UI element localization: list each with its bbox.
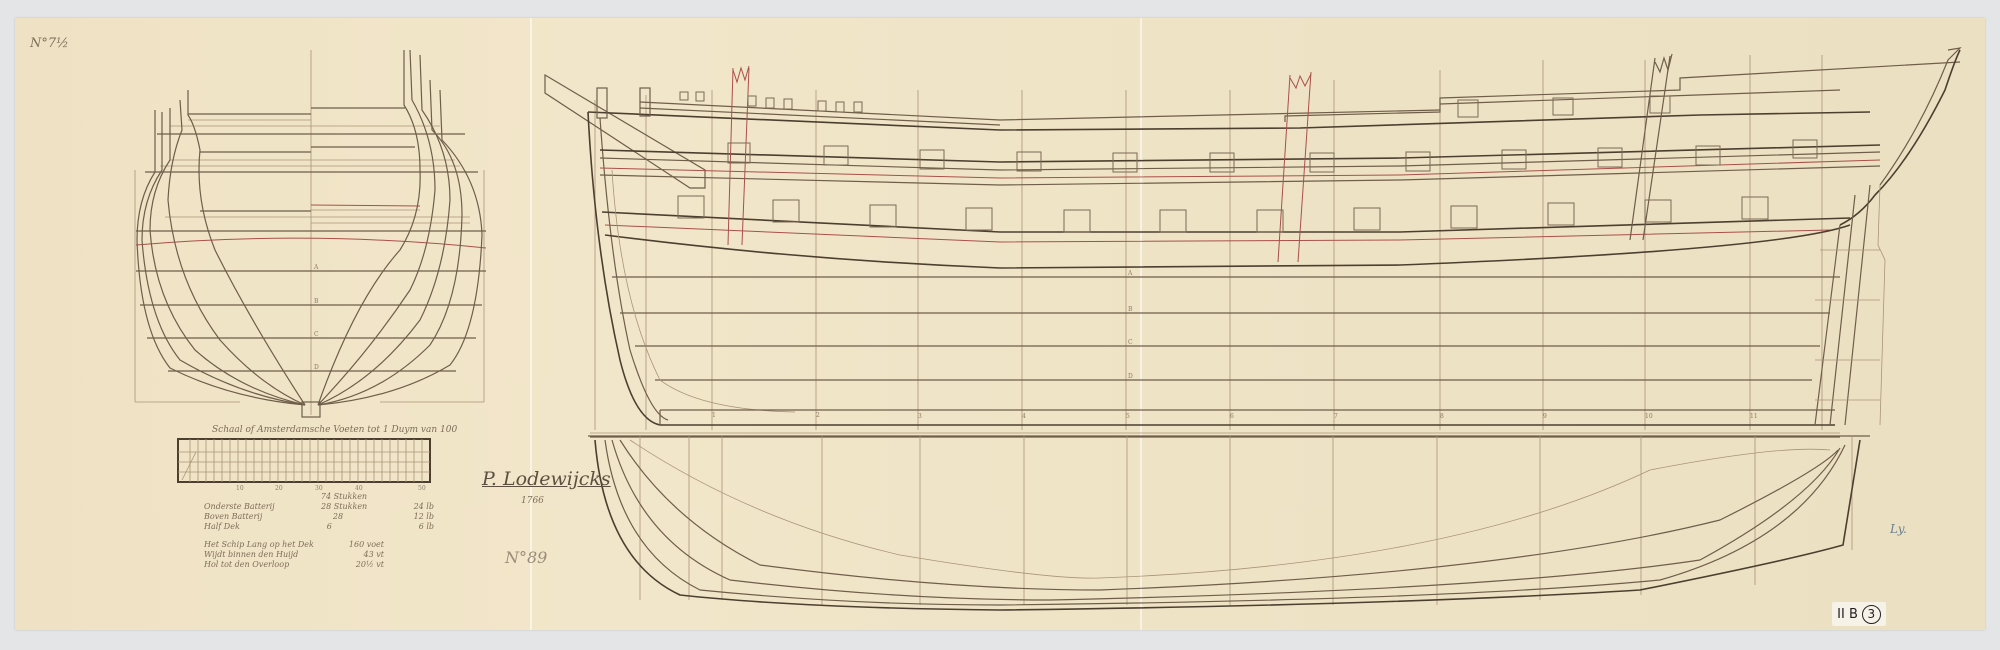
svg-text:D: D: [314, 364, 319, 371]
signature-year: 1766: [521, 496, 544, 506]
body-plan: [135, 50, 486, 417]
spec-row: Wijdt binnen den Huijd 43 vt: [204, 550, 434, 560]
svg-text:3: 3: [918, 413, 922, 420]
svg-text:11: 11: [1750, 413, 1758, 420]
svg-text:10: 10: [1645, 413, 1653, 420]
spec-row: Hol tot den Overloop 20½ vt: [204, 560, 434, 570]
svg-text:8: 8: [1440, 413, 1444, 420]
specifications-table: 74 Stukken Onderste Batterij 28 Stukken …: [204, 492, 434, 570]
svg-text:4: 4: [1022, 413, 1026, 420]
drawing-number: N°89: [505, 548, 547, 567]
svg-text:30: 30: [315, 485, 323, 492]
station-labels: 1 2 3 4 5 6 7 8 9 10 11: [712, 412, 1758, 420]
svg-text:A: A: [313, 264, 319, 271]
svg-text:C: C: [314, 331, 319, 338]
spec-row: Onderste Batterij 28 Stukken 24 lb: [204, 502, 434, 512]
catalog-label: II B 3: [1832, 602, 1886, 626]
svg-text:40: 40: [355, 485, 363, 492]
svg-text:C: C: [1128, 339, 1133, 346]
sheer-profile: [545, 48, 1960, 437]
svg-text:B: B: [314, 298, 319, 305]
body-plan-labels: A B C D: [313, 264, 319, 371]
svg-text:10: 10: [236, 485, 244, 492]
spec-row: Boven Batterij 28 12 lb: [204, 512, 434, 522]
sheet-number: N°7½: [30, 36, 69, 51]
spec-heading: 74 Stukken: [204, 492, 434, 502]
svg-text:50: 50: [418, 485, 426, 492]
svg-text:B: B: [1128, 306, 1133, 313]
signature: P. Lodewijcks: [482, 468, 611, 490]
spec-row: Het Schip Lang op het Dek 160 voet: [204, 540, 434, 550]
svg-text:5: 5: [1126, 413, 1130, 420]
scale-caption: Schaal of Amsterdamsche Voeten tot 1 Duy…: [212, 425, 457, 435]
svg-text:2: 2: [816, 412, 820, 419]
catalog-circled-number: 3: [1862, 605, 1881, 624]
svg-text:7: 7: [1334, 413, 1338, 420]
spec-row: Half Dek 6 6 lb: [204, 522, 434, 532]
svg-text:6: 6: [1230, 413, 1234, 420]
waterline-labels: A B C D: [1127, 270, 1133, 380]
scale-bar: [178, 439, 430, 482]
svg-text:A: A: [1127, 270, 1133, 277]
svg-text:D: D: [1128, 373, 1133, 380]
pencil-note: Ly.: [1890, 522, 1907, 536]
catalog-code: II B: [1837, 607, 1858, 622]
half-breadth-plan: [588, 436, 1870, 610]
scale-tick-labels: 10 20 30 40 50: [236, 485, 426, 492]
svg-text:9: 9: [1543, 413, 1547, 420]
svg-text:20: 20: [275, 485, 283, 492]
svg-text:1: 1: [712, 412, 716, 419]
